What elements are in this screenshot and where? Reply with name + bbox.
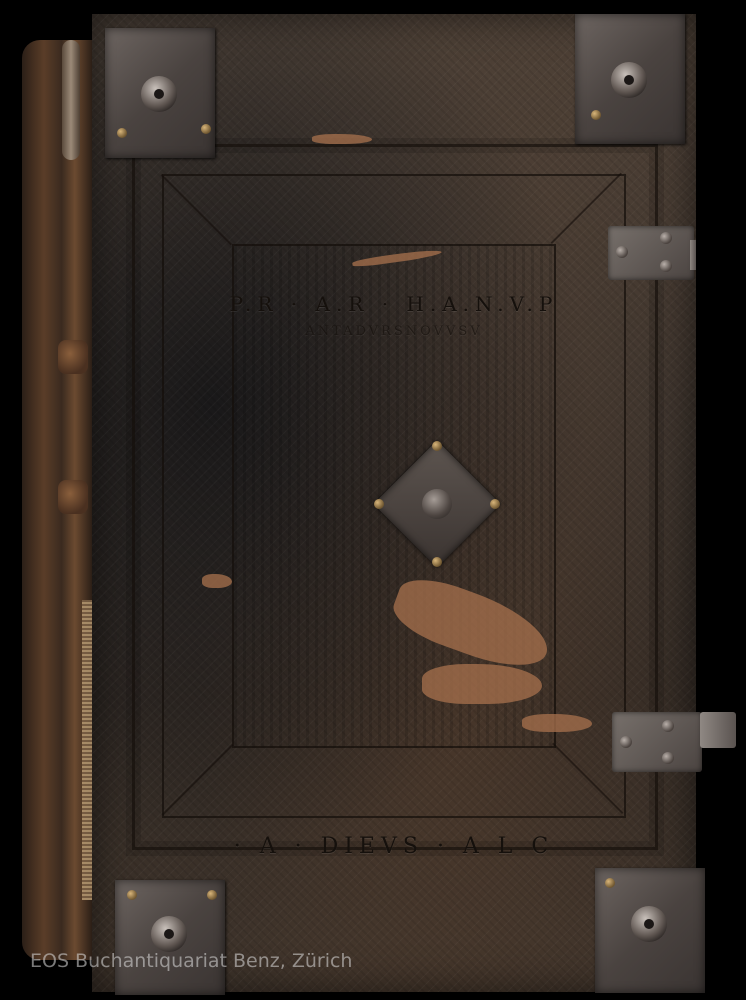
- center-diamond-boss: [372, 439, 502, 569]
- leather-wear-patch: [522, 714, 592, 732]
- brass-nail: [117, 128, 127, 138]
- photo-stage: P.R · A.R · H.A.N.V.P ANTADVRSNOVVSV · A…: [0, 0, 746, 1000]
- clasp-rivet: [662, 720, 674, 732]
- clasp-rivet: [660, 232, 672, 244]
- clasp-hook-upper: [690, 240, 696, 270]
- corner-boss: [141, 76, 177, 112]
- clasp-upper: [608, 226, 694, 280]
- cover-inscription-top: P.R · A.R · H.A.N.V.P: [92, 292, 696, 316]
- brass-nail: [432, 441, 442, 451]
- corner-boss: [611, 62, 647, 98]
- corner-fitting-bottom-left: [115, 880, 225, 995]
- corner-fitting-top-right: [575, 14, 685, 144]
- cover-inscription-sub: ANTADVRSNOVVSV: [92, 324, 696, 339]
- photo-credit-watermark: EOS Buchantiquariat Benz, Zürich: [30, 950, 352, 972]
- brass-nail: [201, 124, 211, 134]
- clasp-rivet: [616, 246, 628, 258]
- brass-nail: [432, 557, 442, 567]
- spine-strap: [62, 40, 80, 160]
- corner-boss: [151, 916, 187, 952]
- clasp-rivet: [660, 260, 672, 272]
- leather-wear-patch: [202, 574, 232, 588]
- brass-nail: [127, 890, 137, 900]
- leather-wear-patch: [312, 134, 372, 144]
- clasp-rivet: [620, 736, 632, 748]
- spine-band: [58, 340, 88, 374]
- clasp-lower: [612, 712, 702, 772]
- corner-boss: [631, 906, 667, 942]
- brass-nail: [374, 499, 384, 509]
- leather-wear-patch: [422, 664, 542, 704]
- clasp-hook-lower: [700, 712, 736, 748]
- corner-fitting-top-left: [105, 28, 215, 158]
- brass-nail: [490, 499, 500, 509]
- clasp-rivet: [662, 752, 674, 764]
- spine-band: [58, 480, 88, 514]
- book-cover: P.R · A.R · H.A.N.V.P ANTADVRSNOVVSV · A…: [92, 14, 696, 992]
- center-boss: [422, 489, 452, 519]
- brass-nail: [591, 110, 601, 120]
- cover-inscription-bottom: · A · DIEVS · A L C: [92, 834, 696, 859]
- brass-nail: [207, 890, 217, 900]
- brass-nail: [605, 878, 615, 888]
- corner-fitting-bottom-right: [595, 868, 705, 993]
